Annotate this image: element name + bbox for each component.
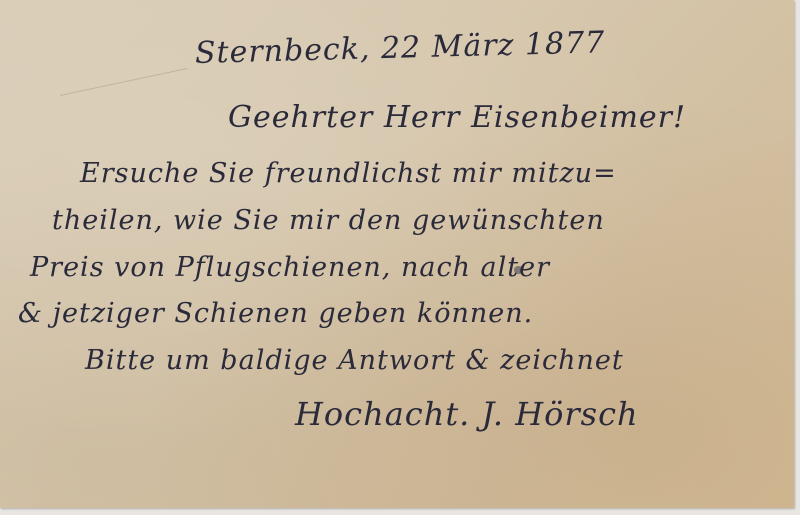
body-line-2: theilen, wie Sie mir den gewünschten	[52, 205, 605, 236]
paper-crease	[60, 68, 187, 96]
salutation: Geehrter Herr Eisenbeimer!	[228, 100, 686, 135]
signature: Hochacht. J. Hörsch	[295, 395, 639, 433]
body-line-4: & jetziger Schienen geben können.	[18, 298, 533, 329]
body-line-5: Bitte um baldige Antwort & zeichnet	[85, 345, 624, 376]
body-line-3: Preis von Pflugschienen, nach alter	[30, 252, 550, 283]
postcard: Sternbeck, 22 März 1877 Geehrter Herr Ei…	[0, 0, 794, 508]
body-line-1: Ersuche Sie freundlichst mir mitzu=	[80, 158, 617, 189]
date-line: Sternbeck, 22 März 1877	[195, 25, 606, 71]
